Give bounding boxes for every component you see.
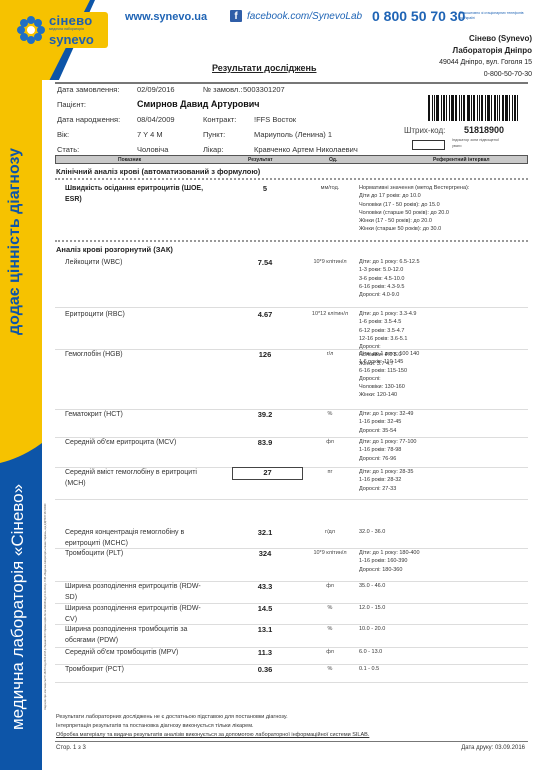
order-no: 5003301207 [243, 85, 285, 94]
birth-label: Дата народження: [57, 115, 120, 124]
unit: % [310, 625, 350, 634]
lab-phone: 0-800-50-70-30 [439, 68, 532, 81]
facebook-url: facebook.com/SynevoLab [247, 11, 362, 22]
unit: 10*9 клітин/л [310, 549, 350, 558]
reference-interval: Діти: до 1 року: 28-35 1-16 років: 28-32… [359, 468, 529, 493]
logo-text-ua: сінево [49, 14, 94, 27]
result-value: 324 [235, 549, 295, 560]
footer-note-2: Інтерпретація результатів та постановка … [56, 722, 369, 731]
table-row: Ширина розподілення еритроцитів (RDW-CV)… [55, 604, 528, 625]
table-row: Гематокрит (HCT)39.2%Діти: до 1 року: 32… [55, 410, 528, 438]
unit: 10*12 клітин/л [310, 310, 350, 319]
patient-info: Дата замовлення: 02/09/2016 № замовл.: 5… [57, 85, 357, 160]
order-no-label: № замовл.: [203, 85, 242, 94]
result-value: 32.1 [235, 528, 295, 539]
table-row: Ширина розподілення еритроцитів (RDW-SD)… [55, 582, 528, 604]
point-label: Пункт: [203, 130, 225, 139]
reference-interval: Діти: до 1 року: 100 140 1 6 років: 110 … [359, 350, 529, 400]
patient-row: Пацієнт: Смирнов Давид Артурович [57, 100, 357, 115]
age-row: Вік: 7 Y 4 M Пункт: Мариуполь (Ленина) 1 [57, 130, 357, 145]
lab-info: Сінево (Synevo) Лабораторія Дніпро 49044… [439, 33, 532, 81]
result-value: 11.3 [235, 648, 295, 659]
doctor-label: Лікар: [203, 145, 223, 154]
table-row: Швидкість осідання еритроцитів (ШОЕ, ESR… [55, 184, 528, 242]
footer-note-3: Обробка матеріалу та видача результатів … [56, 731, 369, 740]
table-row: Тромбоцити (PLT)32410*9 клітин/лДіти: до… [55, 549, 528, 582]
attention-indicator-box [412, 140, 445, 150]
unit: 10*9 клітин/л [310, 258, 350, 267]
sidebar-slogan: додає цінність діагнозу [6, 305, 24, 335]
result-value: 13.1 [235, 625, 295, 636]
unit: % [310, 604, 350, 613]
test-name: Ширина розподілення еритроцитів (RDW-CV) [65, 604, 210, 625]
barcode-label: Штрих-код: [404, 126, 445, 135]
test-name: Ширина розподілення еритроцитів (RDW-SD) [65, 582, 210, 603]
header-unit: Од. [329, 157, 337, 163]
contract-value: !FFS Восток [254, 115, 296, 124]
unit: г/дл [310, 528, 350, 537]
table-row: Еритроцити (RBC)4.6710*12 клітин/лДіти: … [55, 310, 528, 350]
footer-notes: Результати лабораторних досліджень не є … [56, 713, 369, 740]
result-value: 14.5 [235, 604, 295, 615]
unit: % [310, 665, 350, 674]
result-value: 4.67 [235, 310, 295, 321]
print-date: Дата друку: 03.09.2016 [461, 745, 525, 751]
table-row: Тромбокрит (PCT)0.36%0.1 - 0.5 [55, 665, 528, 683]
test-name: Ширина розподілення тромбоцитів за обсяг… [65, 625, 210, 646]
facebook-icon: f [230, 10, 242, 22]
reference-interval: 12.0 - 15.0 [359, 604, 529, 612]
header-indicator: Показник [118, 157, 141, 163]
sidebar-lab-name: медична лабораторія «Сінево» [8, 484, 28, 730]
patient-name: Смирнов Давид Артурович [137, 99, 260, 109]
patient-label: Пацієнт: [57, 100, 86, 109]
table-row: Середня концентрація гемоглобіну в еритр… [55, 528, 528, 549]
reference-interval: Діти: до 1 року: 6.5-12.5 1-3 роки: 5.0-… [359, 258, 529, 299]
barcode-image [428, 95, 528, 121]
hotline-phone: 0 800 50 70 30 [372, 8, 465, 24]
age-value: 7 Y 4 M [137, 130, 163, 139]
section-separator [55, 178, 528, 180]
order-date-label: Дата замовлення: [57, 85, 119, 94]
age-label: Вік: [57, 130, 69, 139]
test-name: Еритроцити (RBC) [65, 310, 210, 321]
table-row: Середній вміст гемоглобіну в еритроциті … [55, 468, 528, 500]
table-row: Середній об'єм еритроцита (MCV)83.9флДіт… [55, 438, 528, 468]
website-link[interactable]: www.synevo.ua [125, 11, 207, 23]
unit: пг [310, 468, 350, 477]
unit: мм/год. [310, 184, 350, 193]
test-name: Гемоглобін (HGB) [65, 350, 210, 361]
facebook-link[interactable]: f facebook.com/SynevoLab [230, 10, 362, 22]
unit: % [310, 410, 350, 419]
unit: г/л [310, 350, 350, 359]
result-value: 126 [235, 350, 295, 361]
lab-address: 49044 Дніпро, вул. Гоголя 15 [439, 57, 532, 68]
unit: фл [310, 582, 350, 591]
legal-text: Свідоцтво про атестацію № ПТ-187/15 від … [44, 165, 47, 710]
reference-interval: Діти: до 1 року: 32-49 1-16 років: 32-45… [359, 410, 529, 435]
reference-interval: 10.0 - 20.0 [359, 625, 529, 633]
reference-interval: 35.0 - 46.0 [359, 582, 529, 590]
test-name: Середній вміст гемоглобіну в еритроциті … [65, 468, 210, 489]
results-table-header: Показник Результат Од. Референтний інтер… [55, 155, 528, 164]
test-name: Швидкість осідання еритроцитів (ШОЕ, ESR… [65, 184, 210, 205]
order-date: 02/09/2016 [137, 85, 175, 94]
doctor-value: Кравченко Артем Николаевич [254, 145, 358, 154]
test-name: Лейкоцити (WBC) [65, 258, 210, 269]
header-reference: Референтний інтервал [433, 157, 490, 163]
attention-indicator-note: Індикатор зони підвищеної уваги [452, 138, 502, 149]
point-value: Мариуполь (Ленина) 1 [254, 130, 332, 139]
result-value: 39.2 [235, 410, 295, 421]
unit: фл [310, 648, 350, 657]
test-name: Тромбоцити (PLT) [65, 549, 210, 560]
test-name: Середній об'єм тромбоцитів (MPV) [65, 648, 210, 659]
test-name: Тромбокрит (PCT) [65, 665, 210, 676]
legal-strip: Свідоцтво про атестацію № ПТ-187/15 від … [43, 165, 53, 710]
barcode-value: 51818900 [464, 125, 504, 135]
result-value: 7.54 [235, 258, 295, 269]
table-row: Лейкоцити (WBC)7.5410*9 клітин/лДіти: до… [55, 258, 528, 308]
table-row: Ширина розподілення тромбоцитів за обсяг… [55, 625, 528, 648]
birth-date: 08/04/2009 [137, 115, 175, 124]
reference-interval: Діти: до 1 року: 77-100 1-16 років: 78-9… [359, 438, 529, 463]
result-value: 0.36 [235, 665, 295, 676]
reference-interval: 0.1 - 0.5 [359, 665, 529, 673]
test-name: Середній об'єм еритроцита (MCV) [65, 438, 210, 449]
reference-interval: 32.0 - 36.0 [359, 528, 529, 536]
result-value: 5 [235, 184, 295, 195]
hotline-note: безкоштовно зі стаціонарних телефонів по… [459, 11, 525, 20]
flower-logo-icon [16, 15, 46, 45]
sex-value: Чоловіча [137, 145, 168, 154]
order-row: Дата замовлення: 02/09/2016 № замовл.: 5… [57, 85, 357, 100]
footer-divider [55, 741, 528, 742]
page-number: Стор. 1 з 3 [56, 745, 86, 751]
lab-branch: Лабораторія Дніпро [439, 45, 532, 57]
brand-sidebar: додає цінність діагнозу медична лаборато… [0, 0, 42, 770]
contract-label: Контракт: [203, 115, 236, 124]
flagged-result-value: 27 [232, 467, 303, 480]
birth-row: Дата народження: 08/04/2009 Контракт: !F… [57, 115, 357, 130]
test-name: Середня концентрація гемоглобіну в еритр… [65, 528, 210, 549]
result-value: 83.9 [235, 438, 295, 449]
header-result: Результат [248, 157, 273, 163]
result-value: 43.3 [235, 582, 295, 593]
header-divider [55, 82, 528, 84]
table-row: Середній об'єм тромбоцитів (MPV)11.3фл6.… [55, 648, 528, 665]
section-title-cbc: Аналіз крові розгорнутий (ЗАК) [56, 245, 173, 254]
section-title-clinical: Клінічний аналіз крові (автоматизований … [56, 167, 260, 176]
sex-label: Стать: [57, 145, 79, 154]
unit: фл [310, 438, 350, 447]
footer-note-1: Результати лабораторних досліджень не є … [56, 713, 369, 722]
page-title: Результати досліджень [212, 63, 317, 73]
logo-text-en: synevo [49, 33, 94, 46]
lab-name: Сінево (Synevo) [439, 33, 532, 45]
table-row: Гемоглобін (HGB)126г/лДіти: до 1 року: 1… [55, 350, 528, 410]
reference-interval: Діти: до 1 року: 180-400 1-16 років: 160… [359, 549, 529, 574]
reference-interval: Нормативні значення (метод Вестергрена):… [359, 184, 529, 234]
reference-interval: 6.0 - 13.0 [359, 648, 529, 656]
test-name: Гематокрит (HCT) [65, 410, 210, 421]
synevo-logo: сінево медична лабораторія synevo [12, 12, 108, 48]
